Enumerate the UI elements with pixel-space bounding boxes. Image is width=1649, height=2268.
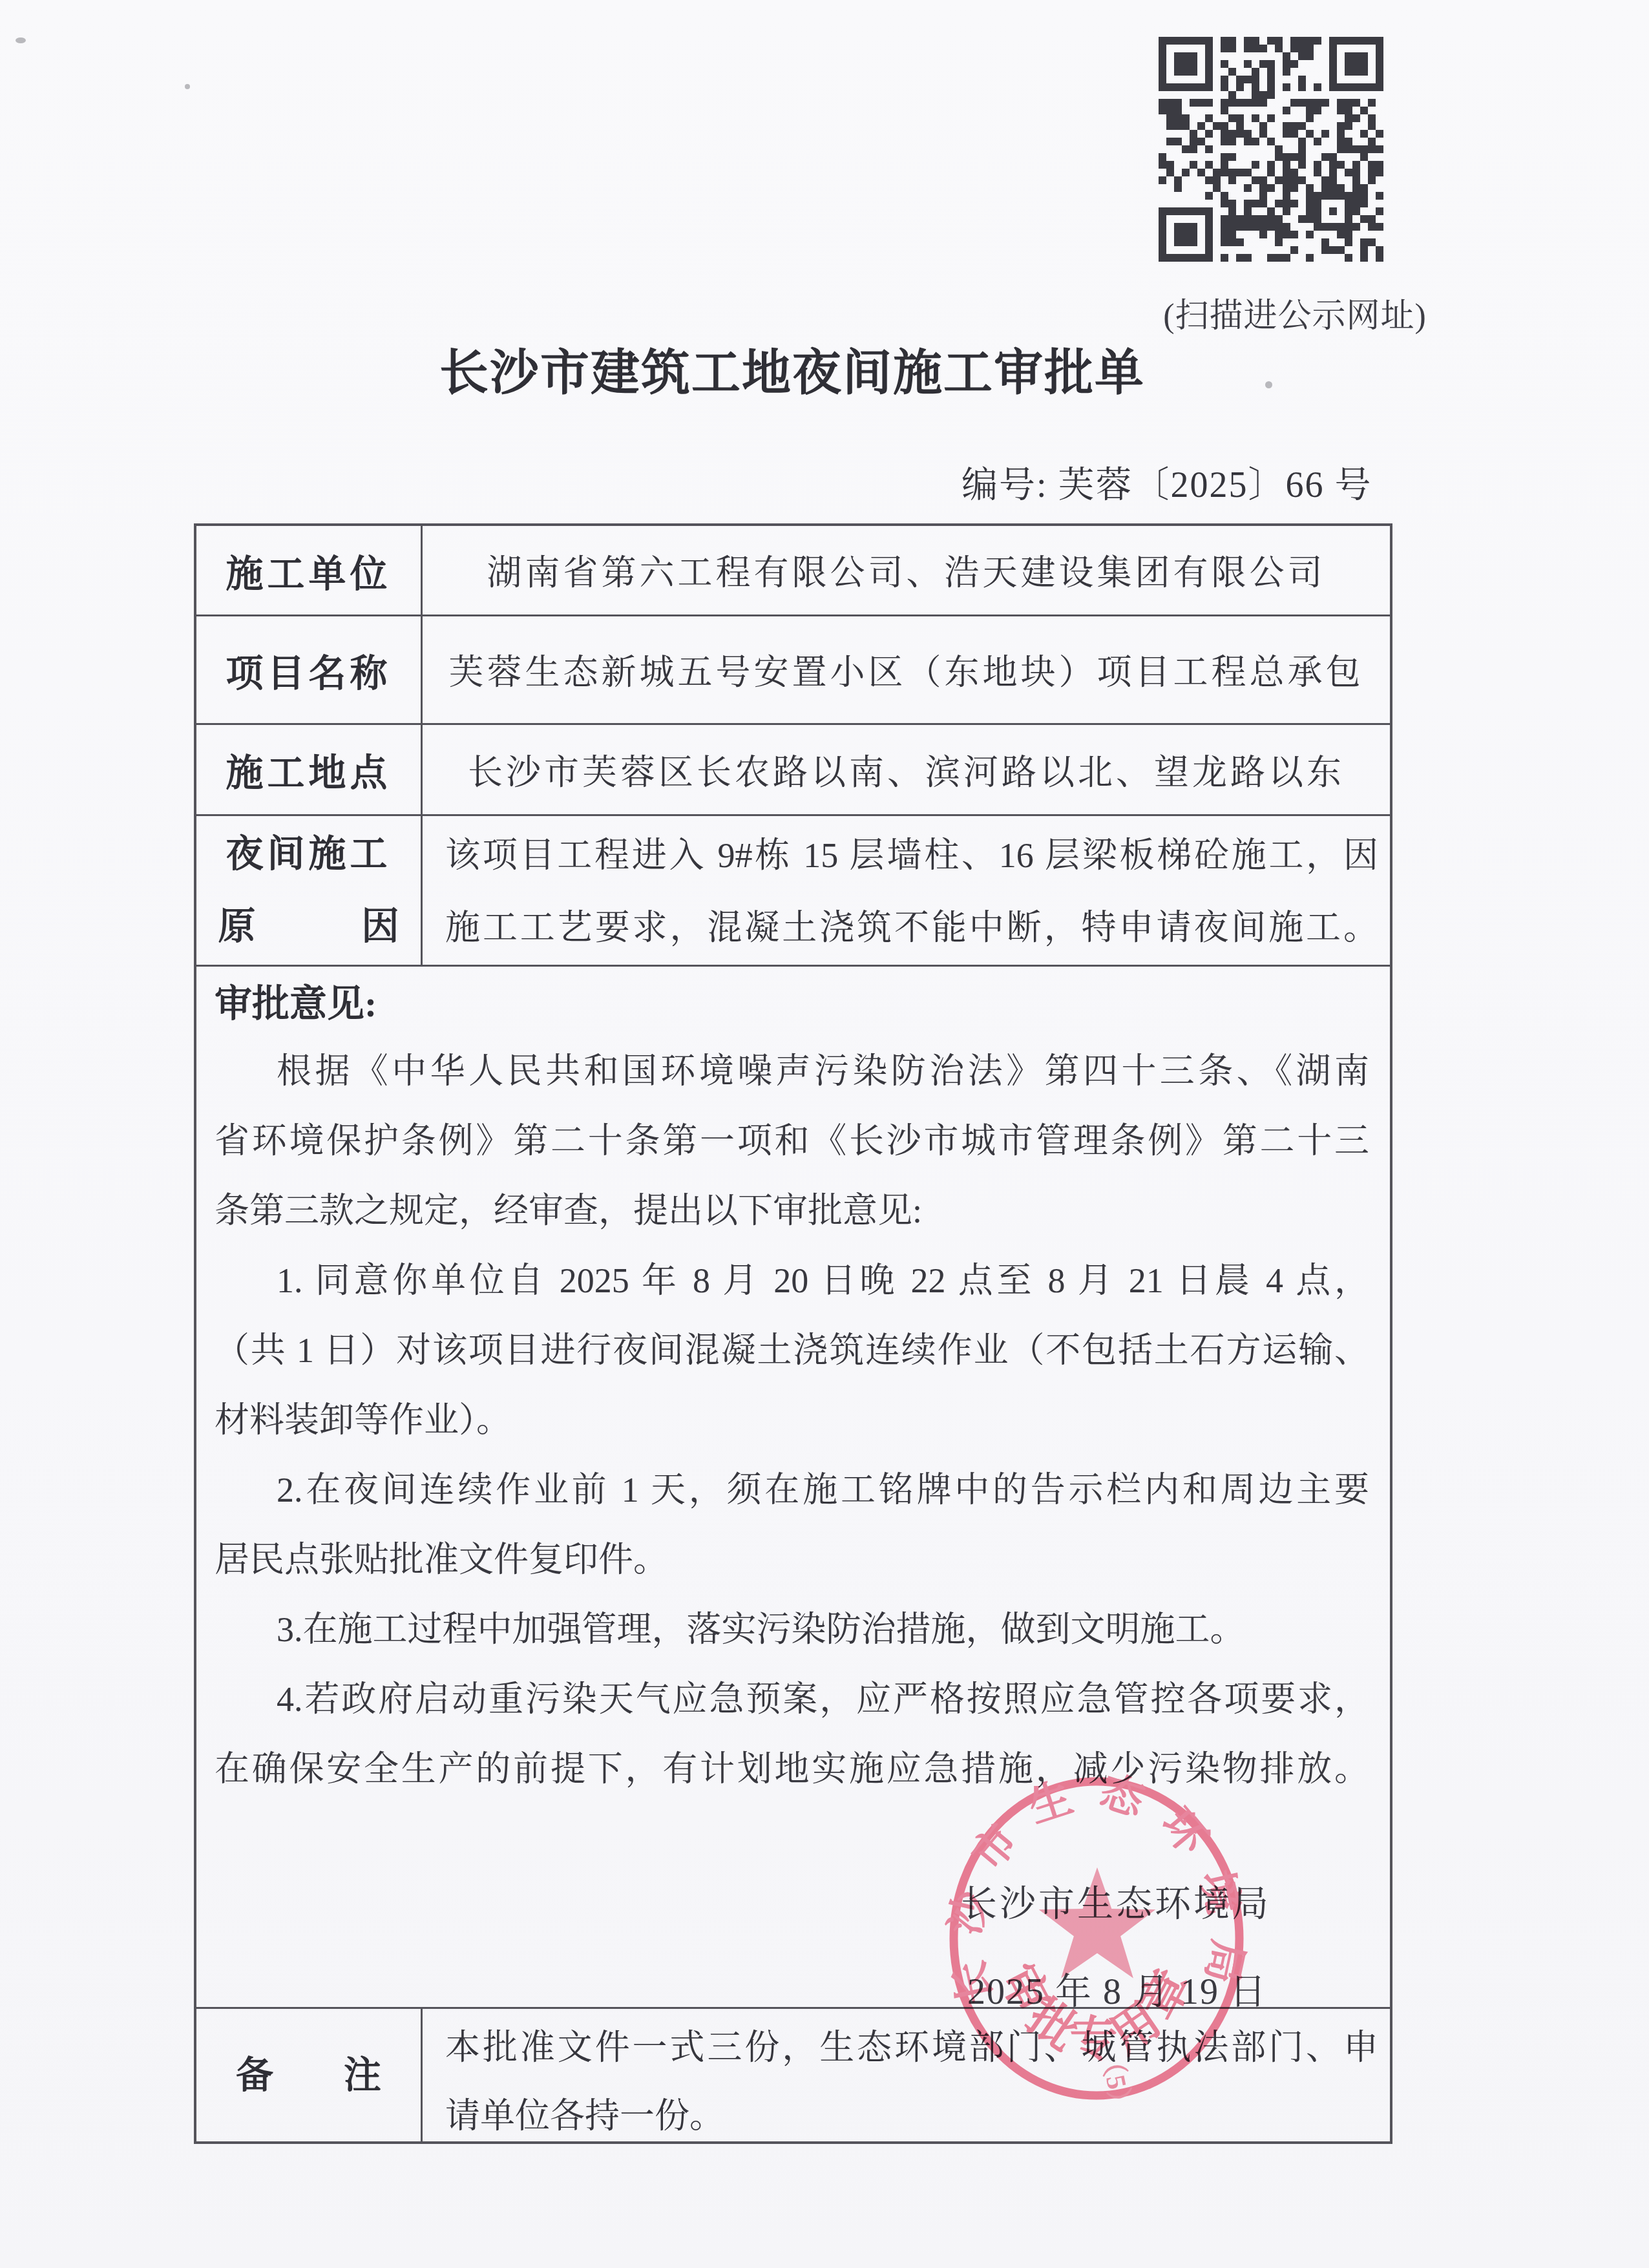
opinion-heading: 审批意见: [215,972,1369,1036]
qr-caption: (扫描进公示网址) [1153,288,1437,337]
scan-speck [1265,381,1272,388]
opinion-line: 条第三款之规定，经审查，提出以下审批意见: [215,1176,1369,1246]
row-value-construction-unit: 湖南省第六工程有限公司、浩天建设集团有限公司 [423,526,1390,614]
label-line-2: 原因 [218,890,399,963]
reason-line-1: 该项目工程进入 9#栋 15 层墙柱、16 层梁板梯砼施工，因 [445,819,1378,892]
opinion-body: 根据《中华人民共和国环境噪声污染防治法》第四十三条、《湖南省环境保护条例》第二十… [215,1036,1369,1804]
scanned-approval-document: (扫描进公示网址) 长沙市建筑工地夜间施工审批单 编号: 芙蓉〔2025〕66 … [0,0,1649,2268]
stamp-star-icon [1039,1867,1156,1978]
row-value-project-name: 芙蓉生态新城五号安置小区（东地块）项目工程总承包 [423,616,1390,723]
row-value-construction-site: 长沙市芙蓉区长农路以南、滨河路以北、望龙路以东 [423,725,1390,814]
svg-text:审批专用章: 审批专用章 [989,1957,1204,2067]
opinion-line: 3.在施工过程中加强管理，落实污染防治措施，做到文明施工。 [215,1595,1369,1664]
qr-code [1159,37,1383,262]
row-value-night-work-reason: 该项目工程进入 9#栋 15 层墙柱、16 层梁板梯砼施工，因 施工工艺要求，混… [423,816,1390,965]
scan-speck [185,84,190,89]
opinion-line: 1. 同意你单位自 2025 年 8 月 20 日晚 22 点至 8 月 21 … [215,1246,1369,1316]
row-label-project-name: 项目名称 [196,616,423,723]
opinion-line: 根据《中华人民共和国环境噪声污染防治法》第四十三条、《湖南 [215,1036,1369,1106]
remark-label: 备注 [236,2039,381,2112]
opinion-line: 省环境保护条例》第二十条第一项和《长沙市城市管理条例》第二十三 [215,1106,1369,1176]
opinion-line: 4.若政府启动重污染天气应急预案，应严格按照应急管控各项要求， [215,1664,1369,1734]
opinion-line: 材料装卸等作业）。 [215,1385,1369,1455]
table-row-project-name: 项目名称 芙蓉生态新城五号安置小区（东地块）项目工程总承包 [196,616,1390,725]
opinion-line: （共 1 日）对该项目进行夜间混凝土浇筑连续作业（不包括土石方运输、 [215,1316,1369,1385]
stamp-bottom-arc-text: 审批专用章 [989,1957,1204,2067]
label-line-1: 夜间施工 [226,818,391,890]
row-label-remark: 备注 [196,2009,423,2141]
table-row-construction-unit: 施工单位 湖南省第六工程有限公司、浩天建设集团有限公司 [196,526,1390,616]
table-row-night-work-reason: 夜间施工 原因 该项目工程进入 9#栋 15 层墙柱、16 层梁板梯砼施工，因 … [196,816,1390,967]
table-row-construction-site: 施工地点 长沙市芙蓉区长农路以南、滨河路以北、望龙路以东 [196,725,1390,816]
document-number: 编号: 芙蓉〔2025〕66 号 [961,456,1372,508]
reason-line-2: 施工工艺要求，混凝土浇筑不能中断，特申请夜间施工。 [445,892,1378,964]
row-label-night-work-reason: 夜间施工 原因 [196,816,423,965]
page-title: 长沙市建筑工地夜间施工审批单 [417,333,1167,404]
official-stamp: 长沙市生态环境局 审批专用章 （5） [934,1759,1270,2121]
scan-speck [16,37,26,43]
opinion-line: 2.在夜间连续作业前 1 天，须在施工铭牌中的告示栏内和周边主要 [215,1455,1369,1525]
opinion-line: 居民点张贴批准文件复印件。 [215,1525,1369,1595]
row-label-construction-unit: 施工单位 [196,526,423,614]
row-label-construction-site: 施工地点 [196,725,423,814]
